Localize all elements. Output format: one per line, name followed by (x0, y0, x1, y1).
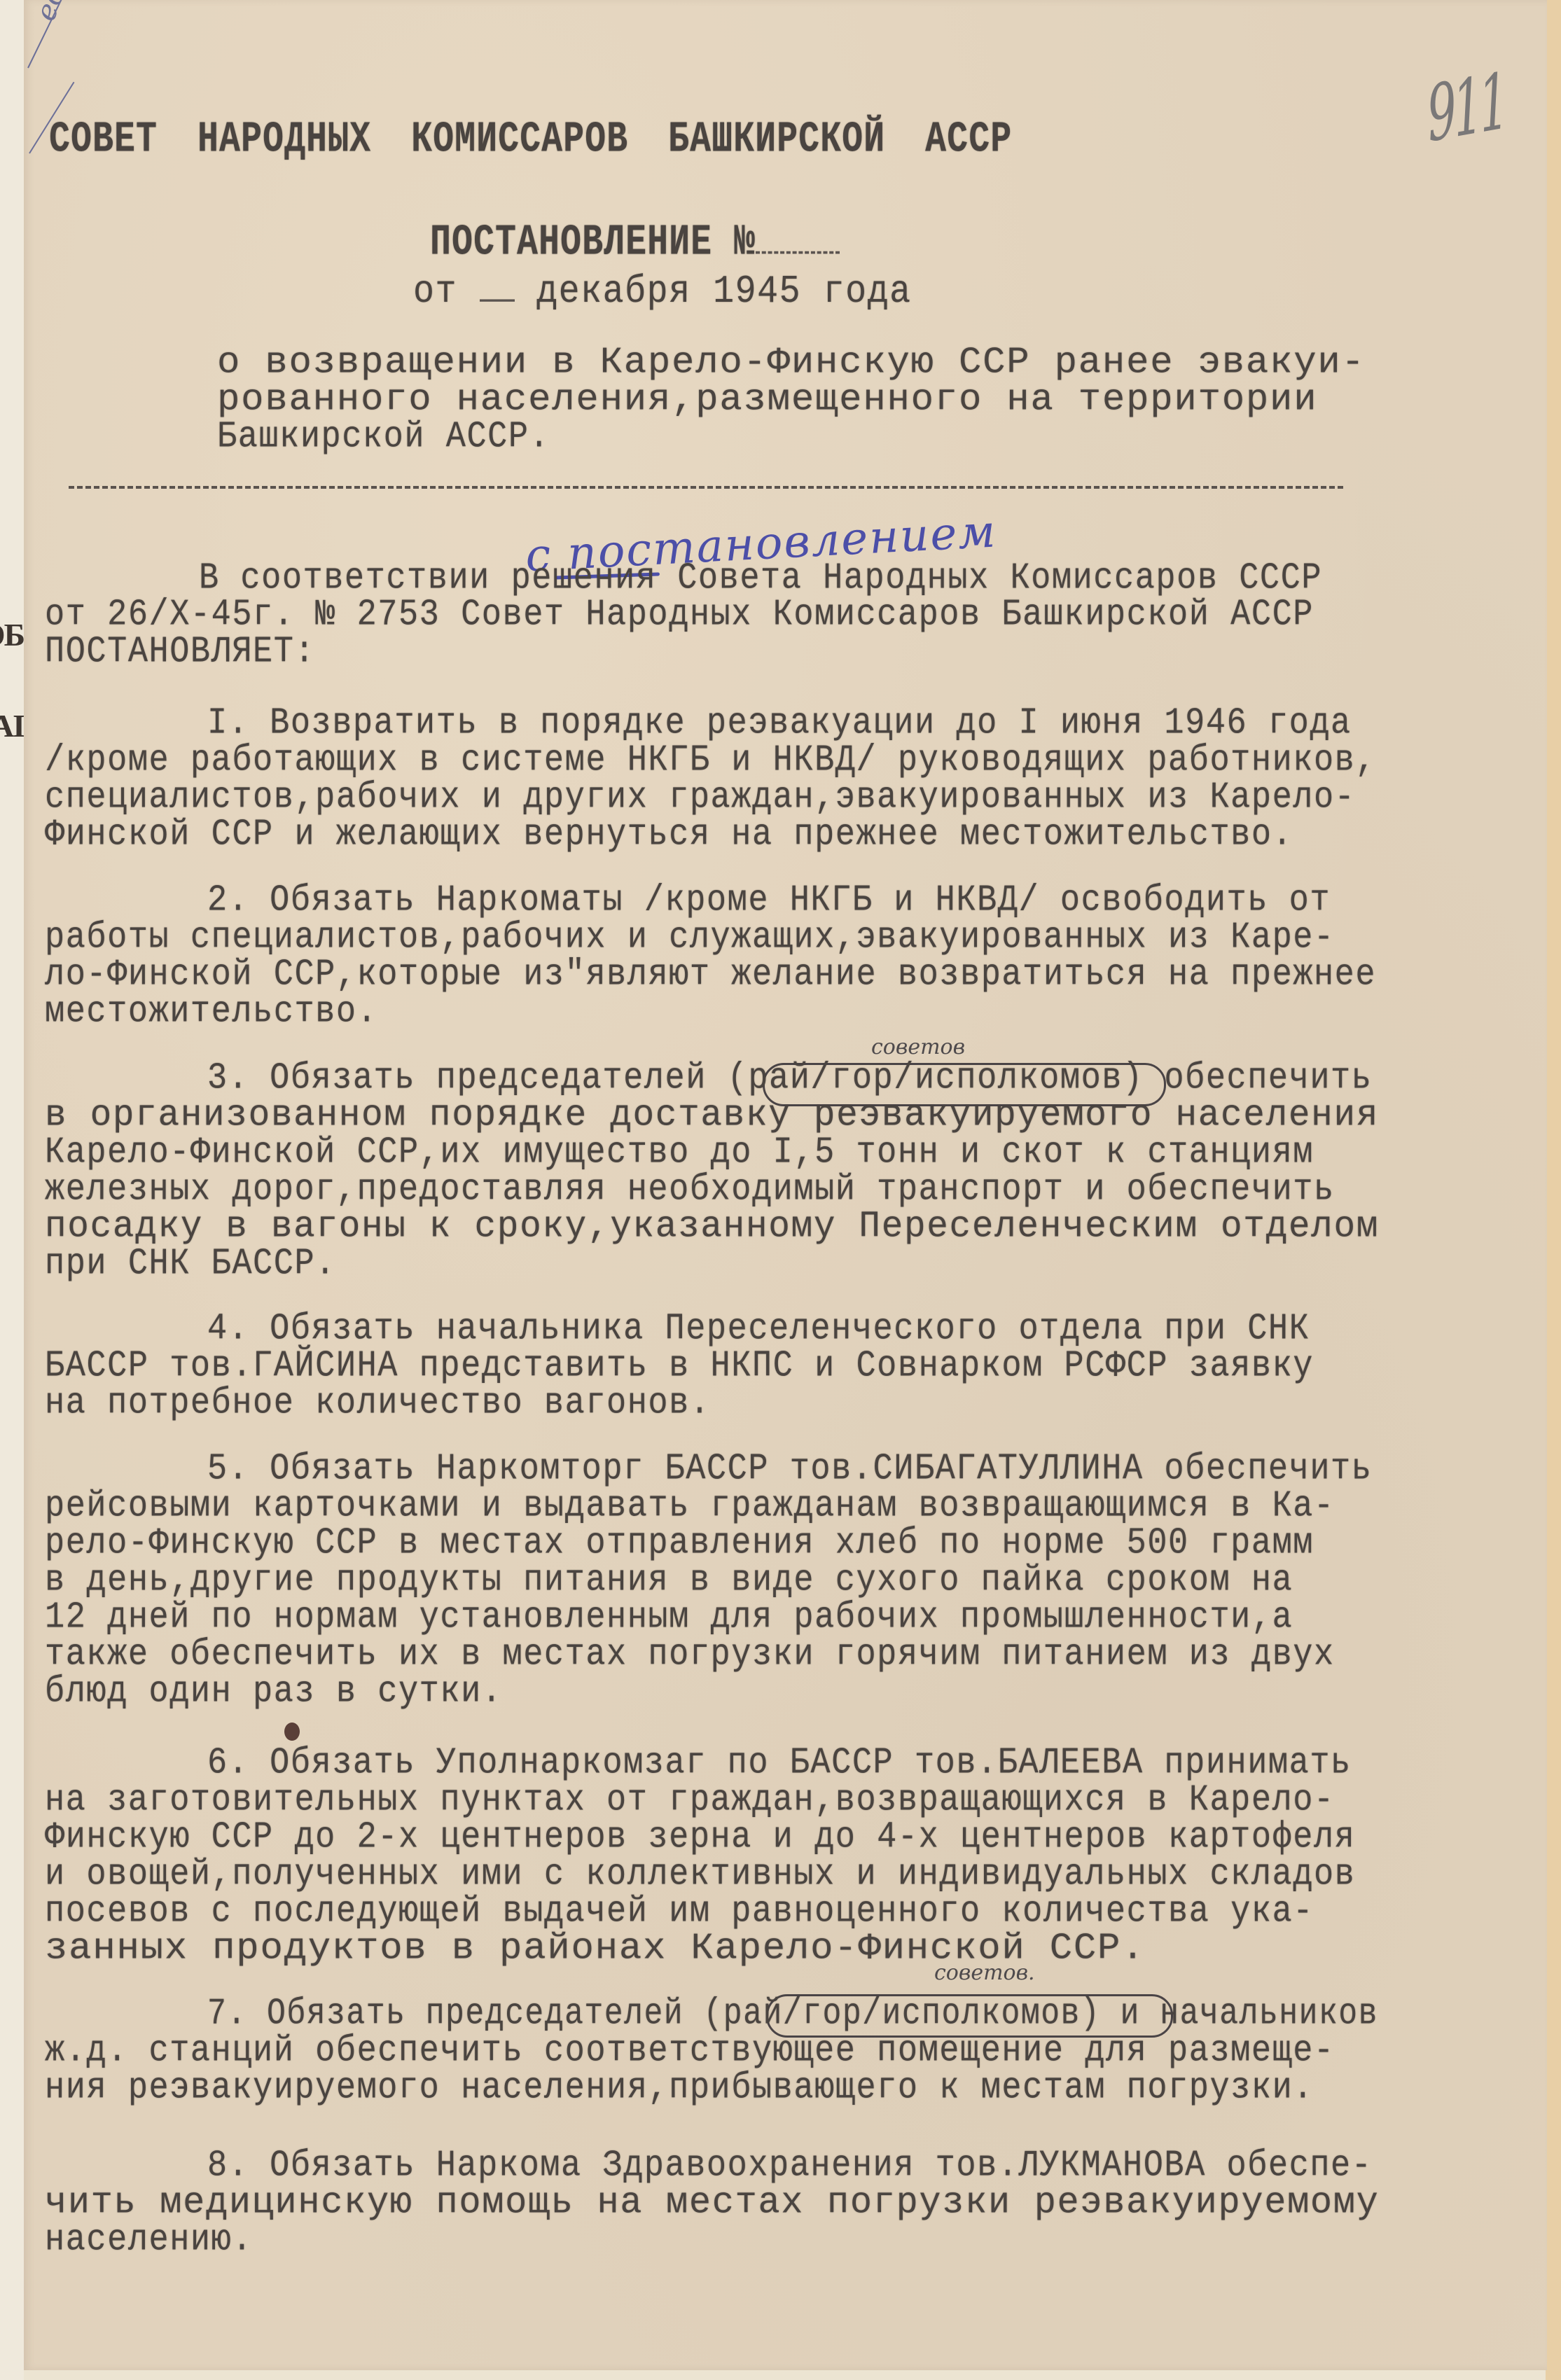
paragraph-line: населению. (45, 2220, 253, 2261)
paragraph-line: на потребное количество вагонов. (45, 1384, 711, 1424)
underlying-text-fragment: ОБ (0, 616, 24, 653)
underlying-text-fragment: АІ (0, 707, 24, 744)
paragraph-line: 8. Обязать Наркома Здравоохранения тов.Л… (207, 2146, 1372, 2187)
date-suffix: декабря 1945 года (536, 270, 912, 314)
underlying-page-left: ОБ АІ (0, 0, 24, 2380)
document-date: от декабря 1945 года (325, 231, 912, 354)
paragraph-line: ж.д. станций обеспечить соответствующее … (45, 2031, 1335, 2072)
paragraph-line: Финскую ССР до 2-х центнеров зерна и до … (45, 1818, 1355, 1858)
paragraph-line: 4. Обязать начальника Переселенческого о… (207, 1309, 1310, 1350)
subject-line: рованного населения,размещенного на терр… (217, 380, 1317, 421)
section-divider (69, 486, 1343, 489)
paragraph-line: 3. Обязать председателей (рай/гор/исполк… (207, 1059, 1372, 1099)
paragraph-line: также обеспечить их в местах погрузки го… (45, 1635, 1335, 1676)
paragraph-line: 5. Обязать Наркомторг БАССР тов.СИБАГАТУ… (207, 1449, 1372, 1490)
paragraph-line: рейсовыми карточками и выдавать граждана… (45, 1487, 1335, 1527)
subject-line: Башкирской АССР. (217, 417, 550, 458)
paragraph-line: местожительство. (45, 992, 377, 1033)
handwritten-insert: советов. (934, 1961, 1035, 1985)
paragraph-line: /кроме работающих в системе НКГБ и НКВД/… (45, 741, 1376, 781)
paragraph-line: 12 дней по нормам установленным для рабо… (45, 1598, 1293, 1638)
paragraph-line: работы специалистов,рабочих и служащих,э… (45, 918, 1335, 959)
paragraph-line: и овощей,полученных ими с коллективных и… (45, 1855, 1355, 1895)
paragraph-line: 6. Обязать Уполнаркомзаг по БАССР тов.БА… (207, 1744, 1352, 1784)
paragraph-line: 2. Обязать Наркоматы /кроме НКГБ и НКВД/… (207, 881, 1331, 921)
paragraph-line: в день,другие продукты питания в виде су… (45, 1561, 1293, 1601)
preamble-line: от 26/X-45г. № 2753 Совет Народных Комис… (45, 595, 1314, 636)
paragraph-line: БАССР тов.ГАЙСИНА представить в НКПС и С… (45, 1346, 1314, 1387)
paragraph-line: посадку в вагоны к сроку,указанному Пере… (45, 1207, 1379, 1248)
paragraph-line: Финской ССР и желающих вернуться на преж… (45, 815, 1293, 856)
paragraph-line: I. Возвратить в порядке реэвакуации до I… (207, 704, 1352, 744)
paragraph-line: на заготовительных пунктах от граждан,во… (45, 1781, 1335, 1821)
ink-blot (284, 1723, 300, 1741)
paragraph-line: Карело-Финской ССР,их имущество до I,5 т… (45, 1133, 1314, 1174)
margin-note: есть / вн (29, 0, 106, 25)
preamble-line: В соответствии решения Совета Народных К… (199, 559, 1322, 599)
date-prefix: от (413, 270, 457, 314)
paragraph-line: в организованном порядке доставку реэвак… (45, 1096, 1379, 1136)
organization-title: СОВЕТ НАРОДНЫХ КОМИССАРОВ БАШКИРСКОЙ АСС… (49, 118, 1012, 163)
preamble-line: ПОСТАНОВЛЯЕТ: (45, 632, 315, 673)
date-day-blank (480, 293, 515, 301)
underlying-page-right (1546, 0, 1561, 2380)
paragraph-line: ния реэвакуируемого населения,прибывающе… (45, 2068, 1314, 2109)
paragraph-line: чить медицинскую помощь на местах погруз… (45, 2183, 1379, 2224)
sheet-number: 911 (1424, 57, 1508, 160)
paragraph-line: рело-Финскую ССР в местах отправления хл… (45, 1524, 1314, 1564)
paragraph-line: блюд один раз в сутки. (45, 1672, 503, 1713)
paragraph-line: 7. Обязать председателей (рай/гор/исполк… (207, 1994, 1378, 2035)
subject-line: о возвращении в Карело-Финскую ССР ранее… (217, 343, 1366, 384)
paragraph-line: посевов с последующей выдачей им равноце… (45, 1892, 1314, 1933)
handwritten-insert: советов (871, 1035, 965, 1059)
paragraph-line: при СНК БАССР. (45, 1244, 336, 1285)
document-page: есть / вн 911 СОВЕТ НАРОДНЫХ КОМИССАРОВ … (24, 0, 1547, 2370)
paragraph-line: ло-Финской ССР,которые из"являют желание… (45, 955, 1376, 996)
paragraph-line: железных дорог,предоставляя необходимый … (45, 1170, 1335, 1211)
paragraph-line: специалистов,рабочих и других граждан,эв… (45, 778, 1355, 819)
